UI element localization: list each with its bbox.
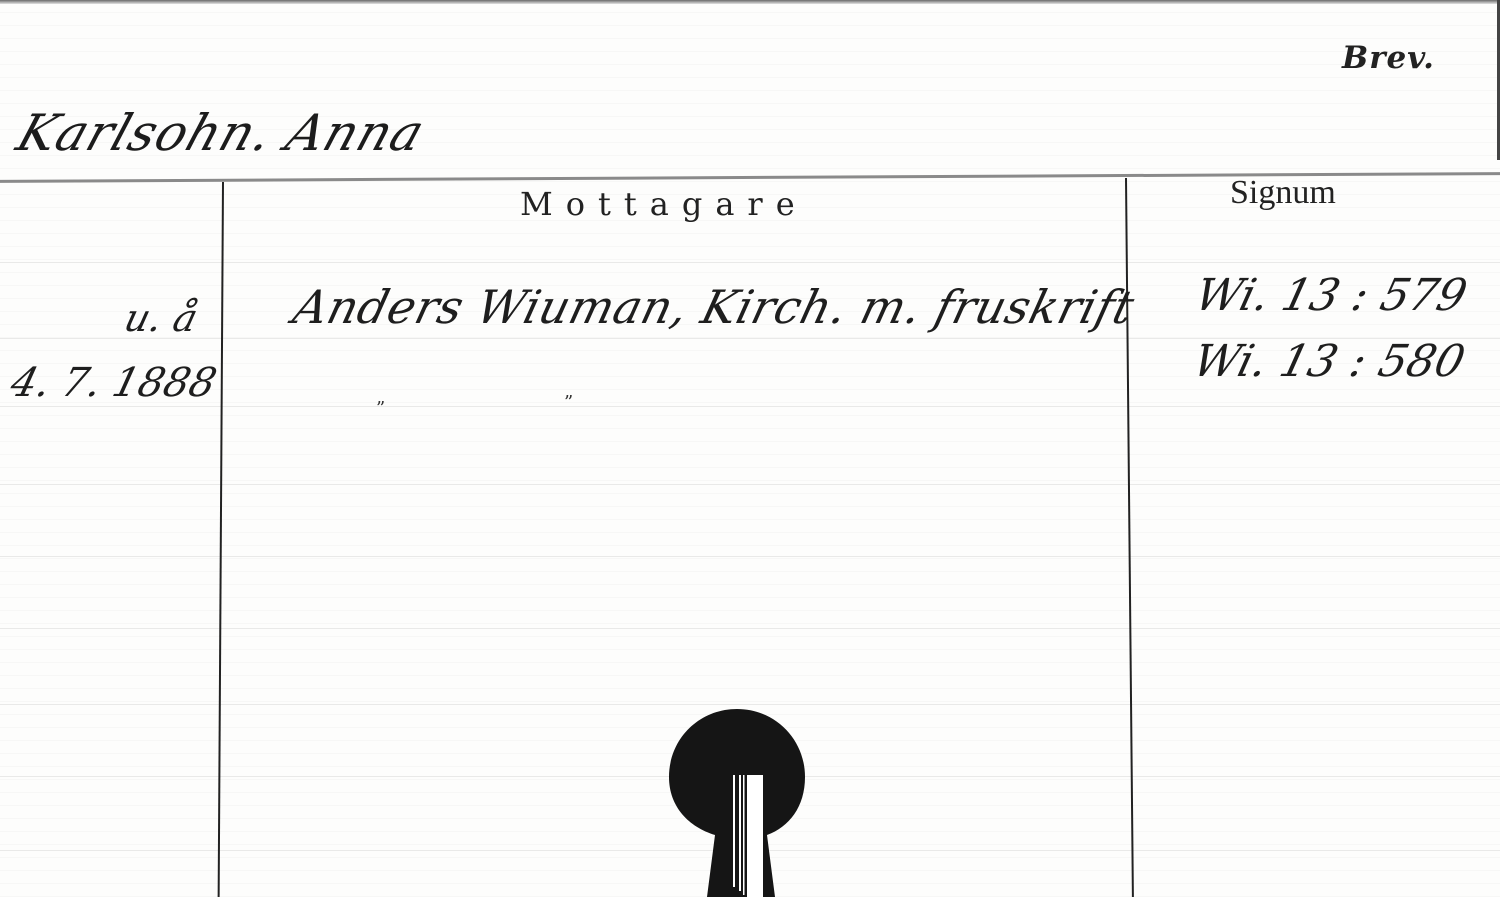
category-label: Brev.: [1342, 40, 1435, 76]
ruled-line: [0, 262, 1500, 263]
entry-recipient: Anders Wiuman, Kirch. m. fruskrift: [288, 280, 1140, 334]
header-mottagare: Mottagare: [520, 185, 808, 223]
index-card: Brev. Karlsohn. Anna Mottagare Signum u.…: [0, 0, 1500, 897]
ruled-line: [0, 556, 1500, 557]
ditto-mark: ”: [564, 392, 573, 413]
entry-signum: Wi. 13 : 579: [1190, 270, 1472, 321]
entry-date: 4. 7. 1888: [6, 360, 221, 406]
sender-name: Karlsohn. Anna: [10, 104, 432, 162]
column-divider-date: [218, 182, 224, 897]
header-signum: Signum: [1230, 174, 1336, 212]
keyhole-punch-icon: [667, 707, 807, 897]
ruled-line: [0, 484, 1500, 485]
entry-signum: Wi. 13 : 580: [1188, 336, 1470, 387]
ruled-line: [0, 704, 1500, 705]
entry-date: u. å: [120, 296, 202, 340]
ruled-line: [0, 628, 1500, 629]
ruled-line: [0, 406, 1500, 407]
ditto-mark: ”: [376, 398, 385, 419]
card-top-edge: [0, 0, 1500, 4]
